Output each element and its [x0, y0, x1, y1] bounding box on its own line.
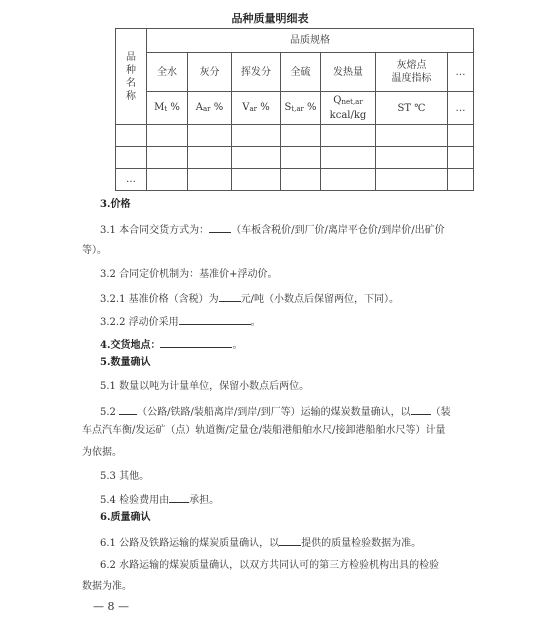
cell	[147, 147, 188, 169]
cell	[232, 147, 281, 169]
col-header-calorific: 发热量	[321, 53, 376, 92]
section-4: 4.交货地点：。	[100, 337, 492, 353]
clause-5-2-cont2: 为依据。	[82, 446, 474, 460]
cell	[376, 169, 448, 191]
clause-5-3: 5.3 其他。	[100, 470, 492, 484]
col-header-more: …	[448, 53, 474, 92]
unit-ash: Aar %	[188, 92, 232, 125]
cell	[321, 125, 376, 147]
cell	[376, 147, 448, 169]
blank-delivery-method[interactable]	[209, 222, 231, 233]
cell	[321, 147, 376, 169]
unit-calorific: Qnet,arkcal/kg	[321, 92, 376, 125]
clause-6-2: 6.2 水路运输的煤炭质量确认，以双方共同认可的第三方检验机构出具的检验	[100, 559, 492, 573]
cell	[448, 125, 474, 147]
blank-base-price[interactable]	[219, 291, 241, 302]
unit-total-moisture: Mt %	[147, 92, 188, 125]
clause-3-1: 3.1 本合同交货方式为：（车板含税价/到厂价/离岸平仓价/到岸价/出矿价	[100, 222, 492, 238]
section-5-heading: 5.数量确认	[100, 356, 492, 370]
unit-ash-fusion: ST ℃	[376, 92, 448, 125]
cell	[448, 169, 474, 191]
cell	[147, 125, 188, 147]
row-name	[116, 147, 147, 169]
blank-quality-data-provider[interactable]	[279, 535, 301, 546]
blank-transport-mode[interactable]	[119, 404, 137, 415]
table-title: 品种质量明细表	[0, 10, 540, 26]
clause-6-1: 6.1 公路及铁路运输的煤炭质量确认，以提供的质量检验数据为准。	[100, 535, 492, 551]
cell	[232, 125, 281, 147]
cell	[448, 147, 474, 169]
clause-3-2-1: 3.2.1 基准价格（含税）为元/吨（小数点后保留两位，下同）。	[100, 291, 492, 307]
blank-measurement-basis[interactable]	[411, 404, 431, 415]
unit-volatile: Var %	[232, 92, 281, 125]
quality-spec-table: 品 种 名 称 品质规格 全水 灰分 挥发分 全硫 发热量 灰熔点 温度指标 ……	[115, 28, 474, 191]
cell	[281, 147, 321, 169]
table-row	[116, 147, 474, 169]
row-name	[116, 125, 147, 147]
clause-5-2: 5.2 （公路/铁路/装船离岸/到岸/到厂等）运输的煤炭数量确认，以（装	[100, 404, 492, 420]
col-header-ash: 灰分	[188, 53, 232, 92]
section-3-heading: 3.价格	[100, 198, 492, 212]
clause-3-1-cont: 等）。	[82, 244, 474, 258]
col-header-volatile: 挥发分	[232, 53, 281, 92]
cell	[147, 169, 188, 191]
table-row	[116, 125, 474, 147]
cell	[188, 147, 232, 169]
clause-5-2-cont: 车点汽车衡/发运矿（点）轨道衡/定量仓/装船港船舶水尺/接卸港船舶水尺等）计量	[82, 424, 474, 438]
col-header-ash-fusion: 灰熔点 温度指标	[376, 53, 448, 92]
clause-5-1: 5.1 数量以吨为计量单位，保留小数点后两位。	[100, 380, 492, 394]
clause-3-2: 3.2 合同定价机制为：基准价+浮动价。	[100, 268, 492, 282]
col-header-total-moisture: 全水	[147, 53, 188, 92]
variety-name-header: 品 种 名 称	[116, 29, 147, 125]
unit-total-sulfur: St,ar %	[281, 92, 321, 125]
unit-more: …	[448, 92, 474, 125]
cell	[376, 125, 448, 147]
cell	[281, 169, 321, 191]
clause-3-2-2: 3.2.2 浮动价采用。	[100, 314, 492, 330]
clause-5-4: 5.4 检验费用由承担。	[100, 492, 492, 508]
cell	[188, 125, 232, 147]
clause-6-2-cont: 数据为准。	[82, 580, 474, 594]
blank-inspection-fee-party[interactable]	[169, 492, 189, 503]
col-header-total-sulfur: 全硫	[281, 53, 321, 92]
section-6-heading: 6.质量确认	[100, 511, 492, 525]
table-row: …	[116, 169, 474, 191]
quality-spec-header: 品质规格	[147, 29, 474, 53]
blank-delivery-location[interactable]	[160, 337, 232, 348]
blank-floating-price[interactable]	[179, 314, 251, 325]
cell	[281, 125, 321, 147]
page-number: — 8 —	[93, 600, 129, 613]
cell	[321, 169, 376, 191]
cell	[232, 169, 281, 191]
cell	[188, 169, 232, 191]
row-name: …	[116, 169, 147, 191]
